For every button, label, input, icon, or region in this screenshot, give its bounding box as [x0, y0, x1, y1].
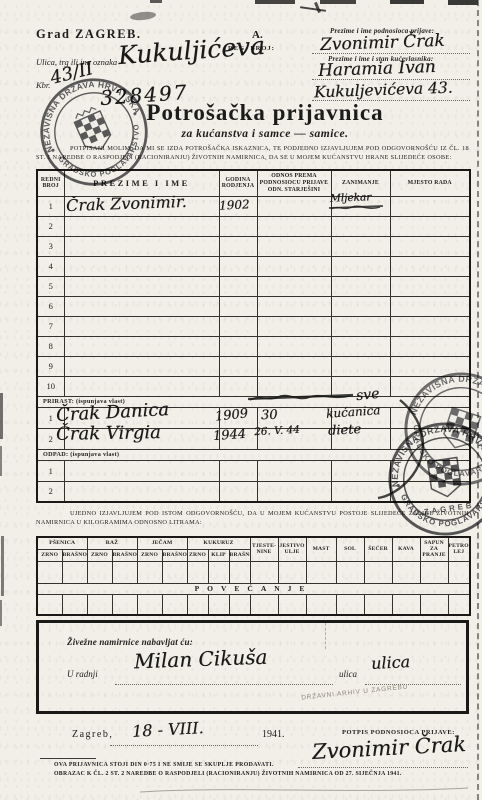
handwritten-prirast2-occupation: diete — [328, 422, 362, 439]
sub-zrno: ZRNO — [187, 549, 208, 561]
sub-brasno: BRAŠNO — [162, 549, 187, 561]
empty-cell — [162, 561, 187, 583]
empty-cell — [306, 561, 336, 583]
empty-cell — [64, 376, 219, 396]
scan-artifact — [0, 446, 2, 476]
purchase-intro: Živežne namirnice nabavljat ću: — [67, 637, 193, 647]
empty-cell — [64, 356, 219, 376]
empty-cell — [390, 216, 470, 236]
empty-cell — [420, 561, 448, 583]
group-raz: RAŽ — [87, 537, 137, 549]
row-number: 3 — [37, 236, 64, 256]
povecanje-band-row: POVEĆANJE — [37, 583, 470, 594]
empty-cell — [219, 336, 257, 356]
empty-cell — [390, 336, 470, 356]
empty-cell — [64, 216, 219, 236]
handwritten-signature: Zvonimir Črak — [311, 732, 466, 764]
empty-cell — [87, 561, 112, 583]
row-number: 6 — [37, 296, 64, 316]
person-row: 9 — [37, 356, 470, 376]
empty-cell — [64, 336, 219, 356]
sub-brasno: BRAŠNO — [112, 549, 137, 561]
empty-cell — [112, 561, 137, 583]
empty-cell — [37, 594, 62, 615]
person-row: 7 — [37, 316, 470, 336]
empty-cell — [390, 236, 470, 256]
empty-cell — [364, 594, 392, 615]
scan-artifact — [0, 600, 2, 626]
empty-cell — [257, 216, 331, 236]
empty-cell — [336, 594, 364, 615]
group-jecam: JEČAM — [137, 537, 187, 549]
empty-cell — [112, 594, 137, 615]
scanned-form-page: Grad ZAGREB. A. REG. BROJ: Ulica, trg il… — [0, 0, 482, 800]
handwritten-person1-year: 1902 — [219, 197, 250, 213]
ruled-line — [312, 52, 470, 54]
empty-cell — [390, 196, 470, 216]
empty-cell — [257, 316, 331, 336]
supplies-table: PŠENICA RAŽ JEČAM KUKURUZ TJESTE- NINE J… — [36, 536, 471, 616]
sub-zrno: ZRNO — [37, 549, 62, 561]
empty-cell — [448, 594, 470, 615]
sub-klip: KLIP — [208, 549, 229, 561]
empty-cell — [392, 594, 420, 615]
person-row: 5 — [37, 276, 470, 296]
scan-artifact — [390, 0, 424, 4]
scan-artifact — [448, 0, 478, 5]
row-number: 5 — [37, 276, 64, 296]
row-number: 10 — [37, 376, 64, 396]
supplies-value-row — [37, 561, 470, 583]
empty-cell — [390, 316, 470, 336]
empty-cell — [187, 594, 208, 615]
empty-cell — [420, 594, 448, 615]
empty-cell — [219, 216, 257, 236]
shop-label: U radnji — [67, 669, 98, 679]
ndh-round-stamp: NEZAVISNA DRŽAVA HRVATSKA GRADSKO POGLAV… — [378, 412, 482, 545]
group-psenica: PŠENICA — [37, 537, 87, 549]
empty-cell — [219, 236, 257, 256]
col-jestivo-ulje: JESTIVO ULJE — [278, 537, 306, 561]
row-number: 2 — [37, 481, 64, 502]
empty-cell — [331, 356, 390, 376]
empty-cell — [390, 296, 470, 316]
col-header-mjesto-rada: MJESTO RADA — [390, 170, 470, 196]
sub-zrno: ZRNO — [137, 549, 162, 561]
scan-artifact — [0, 393, 3, 439]
empty-cell — [64, 276, 219, 296]
col-secer: ŠEĆER — [364, 537, 392, 561]
row-number: 4 — [37, 256, 64, 276]
povecanje-label: POVEĆANJE — [37, 583, 470, 594]
person-row: 3 — [37, 236, 470, 256]
empty-cell — [64, 236, 219, 256]
empty-cell — [257, 276, 331, 296]
empty-cell — [219, 296, 257, 316]
empty-cell — [62, 594, 87, 615]
empty-cell — [219, 276, 257, 296]
col-mast: MAST — [306, 537, 336, 561]
stamp-coat-of-arms — [428, 457, 462, 498]
empty-cell — [219, 316, 257, 336]
empty-cell — [257, 481, 331, 502]
fine-print-1: OVA PRIJAVNICA STOJI DIN 0·75 I NE SMIJE… — [54, 762, 274, 768]
empty-cell — [331, 256, 390, 276]
row-number: 8 — [37, 336, 64, 356]
handwritten-prirast2-year: 1944 — [213, 427, 247, 444]
empty-cell — [208, 594, 229, 615]
empty-cell — [64, 460, 219, 481]
empty-cell — [250, 594, 278, 615]
empty-cell — [229, 561, 250, 583]
empty-cell — [331, 336, 390, 356]
scan-artifact — [300, 6, 326, 12]
empty-cell — [336, 561, 364, 583]
handwritten-prirast1-relation: 30 — [261, 408, 278, 424]
empty-cell — [257, 336, 331, 356]
empty-cell — [331, 216, 390, 236]
empty-cell — [257, 356, 331, 376]
empty-cell — [219, 356, 257, 376]
col-tjestenine: TJESTE- NINE — [250, 537, 278, 561]
sub-brasno: BRAŠNO — [62, 549, 87, 561]
scan-artifact — [255, 0, 295, 4]
col-petrolej: PETRO- LEJ — [448, 537, 470, 561]
scan-artifact — [140, 784, 470, 796]
ruled-line — [298, 766, 468, 768]
row-number: 1 — [37, 196, 64, 216]
fold-mark — [325, 623, 326, 649]
person-row: 2 — [37, 216, 470, 236]
empty-cell — [229, 594, 250, 615]
empty-cell — [364, 561, 392, 583]
empty-cell — [250, 561, 278, 583]
empty-cell — [62, 561, 87, 583]
empty-cell — [278, 561, 306, 583]
divider-line — [40, 757, 96, 759]
street-word-label: ulica — [339, 669, 357, 679]
archive-stamp-text: DRŽAVNI ARHIV U ZAGREBU — [301, 683, 409, 701]
person-row: 8 — [37, 336, 470, 356]
empty-cell — [448, 561, 470, 583]
ink-smudge — [130, 11, 157, 22]
empty-cell — [64, 316, 219, 336]
person-row: 6 — [37, 296, 470, 316]
empty-cell — [392, 561, 420, 583]
empty-cell — [331, 276, 390, 296]
empty-cell — [257, 296, 331, 316]
empty-cell — [162, 594, 187, 615]
crossed-out-scribble — [328, 202, 384, 214]
empty-cell — [390, 276, 470, 296]
handwritten-prirast2-name: Črak Virgia — [56, 422, 161, 445]
empty-cell — [137, 594, 162, 615]
empty-cell — [278, 594, 306, 615]
scan-artifact — [320, 0, 356, 4]
empty-cell — [257, 460, 331, 481]
empty-cell — [64, 256, 219, 276]
ruled-line — [110, 744, 258, 746]
handwritten-shop-street: ulica — [371, 652, 411, 673]
place-label: Zagreb, — [72, 729, 113, 740]
year-printed: 1941. — [262, 729, 285, 740]
empty-cell — [331, 296, 390, 316]
empty-cell — [219, 256, 257, 276]
col-header-odnos: ODNOS PREMA PODNOSIOCU PRIJAVE ODN. STAR… — [257, 170, 331, 196]
empty-cell — [257, 196, 331, 216]
stamp-coat-of-arms — [72, 105, 115, 155]
empty-cell — [37, 561, 62, 583]
col-sol: SOL — [336, 537, 364, 561]
empty-cell — [257, 236, 331, 256]
empty-cell — [137, 561, 162, 583]
empty-cell — [219, 460, 257, 481]
empty-cell — [187, 561, 208, 583]
col-header-godina: GODINA RODJENJA — [219, 170, 257, 196]
empty-cell — [390, 256, 470, 276]
empty-cell — [64, 296, 219, 316]
supplies-value-row — [37, 594, 470, 615]
empty-cell — [219, 481, 257, 502]
empty-cell — [306, 594, 336, 615]
empty-cell — [87, 594, 112, 615]
empty-cell — [257, 256, 331, 276]
handwritten-prirast2-relation: 26. V. 44 — [254, 424, 300, 438]
empty-cell — [331, 316, 390, 336]
scan-artifact — [1, 536, 4, 596]
empty-cell — [64, 481, 219, 502]
empty-cell — [208, 561, 229, 583]
row-number: 9 — [37, 356, 64, 376]
handwritten-date: 18 - VIII. — [132, 718, 204, 741]
row-number: 1 — [37, 460, 64, 481]
ruled-line — [365, 683, 461, 685]
purchase-box: Živežne namirnice nabavljat ću: U radnji… — [36, 620, 469, 714]
row-number: 2 — [37, 216, 64, 236]
crossed-out-scribble — [248, 390, 356, 406]
handwritten-shop-name: Milan Cikuša — [134, 645, 268, 674]
ruled-line — [115, 683, 333, 685]
house-number-label: Kbr. — [36, 80, 50, 90]
row-number: 7 — [37, 316, 64, 336]
sub-zrno: ZRNO — [87, 549, 112, 561]
sub-brasno: BRAŠNO — [229, 549, 250, 561]
person-row: 4 — [37, 256, 470, 276]
scan-artifact — [150, 0, 162, 3]
handwritten-landlord-address: Kukuljevićeva 43. — [314, 79, 453, 102]
fine-print-2: OBRAZAC K ČL. 2 ST. 2 NAREDBE O RASPODJE… — [54, 771, 402, 777]
group-kukuruz: KUKURUZ — [187, 537, 250, 549]
empty-cell — [331, 236, 390, 256]
